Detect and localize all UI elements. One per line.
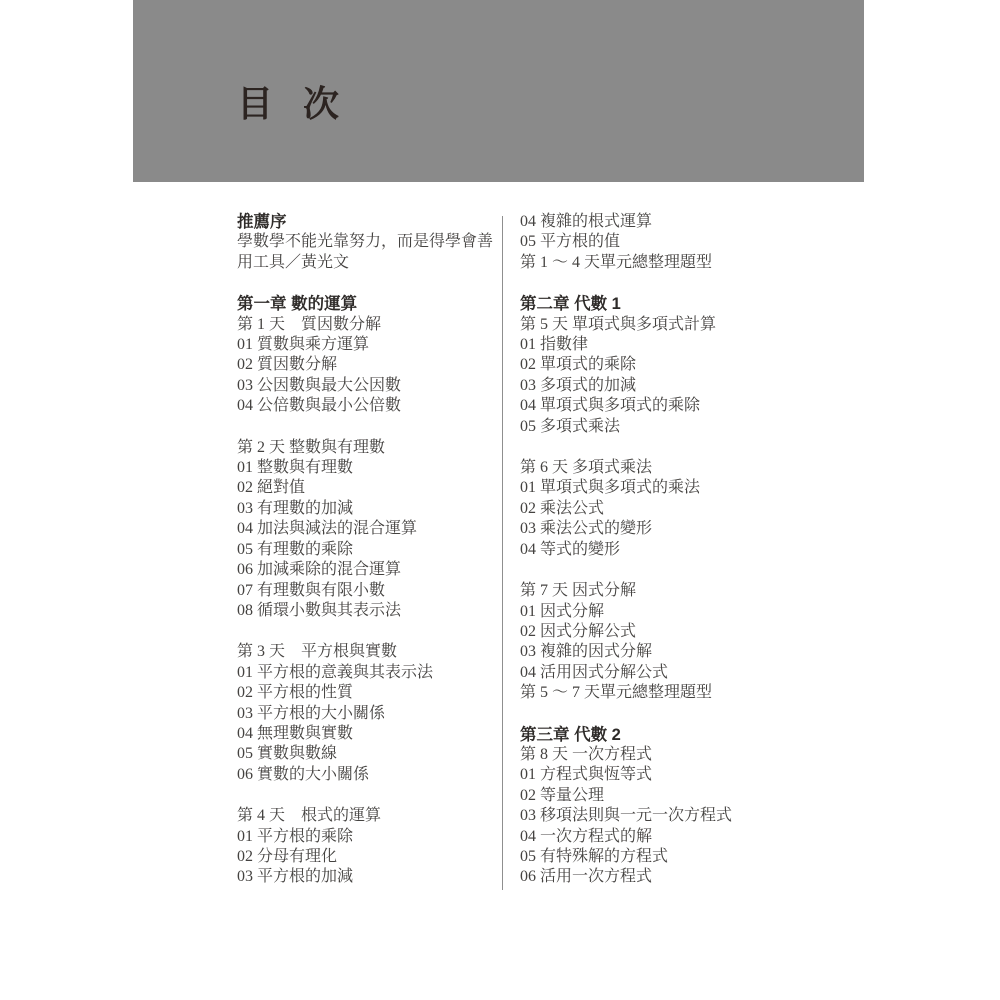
toc-column-left: 推薦序學數學不能光靠努力，而是得學會善用工具／黃光文第一章 數的運算第 1 天 … [237, 212, 502, 888]
toc-block: 第二章 代數 1第 5 天 單項式與多項式計算01 指數律02 單項式的乘除03… [520, 294, 820, 437]
toc-entry: 03 乘法公式的變形 [520, 519, 820, 539]
toc-entry: 03 平方根的加減 [237, 867, 502, 887]
toc-entry: 03 平方根的大小關係 [237, 704, 502, 724]
toc-entry: 第 2 天 整數與有理數 [237, 438, 502, 458]
toc-entry: 05 平方根的值 [520, 232, 820, 252]
toc-entry: 05 實數與數線 [237, 744, 502, 764]
toc-entry: 04 加法與減法的混合運算 [237, 519, 502, 539]
toc-entry: 03 多項式的加減 [520, 376, 820, 396]
section-heading: 第二章 代數 1 [520, 294, 820, 314]
toc-block: 第三章 代數 2第 8 天 一次方程式01 方程式與恆等式02 等量公理03 移… [520, 725, 820, 888]
toc-block: 第 2 天 整數與有理數01 整數與有理數02 絕對值03 有理數的加減04 加… [237, 438, 502, 622]
toc-entry: 第 5 ～ 7 天單元總整理題型 [520, 683, 820, 703]
toc-entry: 學數學不能光靠努力，而是得學會善 [237, 232, 502, 252]
toc-entry: 07 有理數與有限小數 [237, 581, 502, 601]
toc-entry: 02 平方根的性質 [237, 683, 502, 703]
toc-entry: 01 方程式與恆等式 [520, 765, 820, 785]
toc-entry: 02 等量公理 [520, 786, 820, 806]
toc-entry: 03 移項法則與一元一次方程式 [520, 806, 820, 826]
toc-block: 04 複雜的根式運算05 平方根的值第 1 ～ 4 天單元總整理題型 [520, 212, 820, 273]
toc-entry: 01 單項式與多項式的乘法 [520, 478, 820, 498]
toc-entry: 08 循環小數與其表示法 [237, 601, 502, 621]
toc-entry: 06 實數的大小關係 [237, 765, 502, 785]
toc-entry: 第 1 ～ 4 天單元總整理題型 [520, 253, 820, 273]
toc-entry: 01 因式分解 [520, 602, 820, 622]
toc-entry: 04 複雜的根式運算 [520, 212, 820, 232]
toc-block: 第 6 天 多項式乘法01 單項式與多項式的乘法02 乘法公式03 乘法公式的變… [520, 458, 820, 560]
toc-block: 第 7 天 因式分解01 因式分解02 因式分解公式03 複雜的因式分解04 活… [520, 581, 820, 703]
toc-entry: 04 等式的變形 [520, 540, 820, 560]
toc-block: 第一章 數的運算第 1 天 質因數分解01 質數與乘方運算02 質因數分解03 … [237, 294, 502, 416]
toc-entry: 05 有理數的乘除 [237, 540, 502, 560]
toc-entry: 01 質數與乘方運算 [237, 335, 502, 355]
toc-entry: 05 有特殊解的方程式 [520, 847, 820, 867]
toc-entry: 第 4 天 根式的運算 [237, 806, 502, 826]
toc-entry: 04 無理數與實數 [237, 724, 502, 744]
toc-block: 第 3 天 平方根與實數01 平方根的意義與其表示法02 平方根的性質03 平方… [237, 642, 502, 785]
toc-entry: 06 活用一次方程式 [520, 867, 820, 887]
toc-entry: 04 一次方程式的解 [520, 827, 820, 847]
toc-entry: 04 單項式與多項式的乘除 [520, 396, 820, 416]
toc-entry: 第 5 天 單項式與多項式計算 [520, 315, 820, 335]
page-title: 目 次 [237, 76, 349, 127]
toc-entry: 02 絕對值 [237, 478, 502, 498]
toc-column-right: 04 複雜的根式運算05 平方根的值第 1 ～ 4 天單元總整理題型第二章 代數… [520, 212, 820, 888]
toc-entry: 第 1 天 質因數分解 [237, 315, 502, 335]
toc-entry: 第 8 天 一次方程式 [520, 745, 820, 765]
toc-entry: 第 3 天 平方根與實數 [237, 642, 502, 662]
toc-entry: 02 因式分解公式 [520, 622, 820, 642]
toc-entry: 03 有理數的加減 [237, 499, 502, 519]
section-heading: 第三章 代數 2 [520, 725, 820, 745]
toc-block: 第 4 天 根式的運算01 平方根的乘除02 分母有理化03 平方根的加減 [237, 806, 502, 888]
title-band: 目 次 [133, 0, 864, 182]
toc-entry: 01 整數與有理數 [237, 458, 502, 478]
toc-entry: 第 6 天 多項式乘法 [520, 458, 820, 478]
toc-entry: 06 加減乘除的混合運算 [237, 560, 502, 580]
toc-entry: 02 單項式的乘除 [520, 355, 820, 375]
toc-entry: 01 平方根的意義與其表示法 [237, 663, 502, 683]
toc-page: 目 次 推薦序學數學不能光靠努力，而是得學會善用工具／黃光文第一章 數的運算第 … [0, 0, 1000, 1000]
toc-entry: 02 乘法公式 [520, 499, 820, 519]
toc-entry: 03 公因數與最大公因數 [237, 376, 502, 396]
toc-entry: 01 平方根的乘除 [237, 827, 502, 847]
toc-entry: 04 公倍數與最小公倍數 [237, 396, 502, 416]
toc-entry: 03 複雜的因式分解 [520, 642, 820, 662]
toc-entry: 第 7 天 因式分解 [520, 581, 820, 601]
toc-entry: 02 質因數分解 [237, 355, 502, 375]
toc-content: 推薦序學數學不能光靠努力，而是得學會善用工具／黃光文第一章 數的運算第 1 天 … [237, 212, 820, 888]
section-heading: 推薦序 [237, 212, 502, 232]
toc-entry: 用工具／黃光文 [237, 253, 502, 273]
toc-block: 推薦序學數學不能光靠努力，而是得學會善用工具／黃光文 [237, 212, 502, 273]
section-heading: 第一章 數的運算 [237, 294, 502, 314]
toc-entry: 04 活用因式分解公式 [520, 663, 820, 683]
toc-entry: 01 指數律 [520, 335, 820, 355]
toc-entry: 02 分母有理化 [237, 847, 502, 867]
toc-entry: 05 多項式乘法 [520, 417, 820, 437]
